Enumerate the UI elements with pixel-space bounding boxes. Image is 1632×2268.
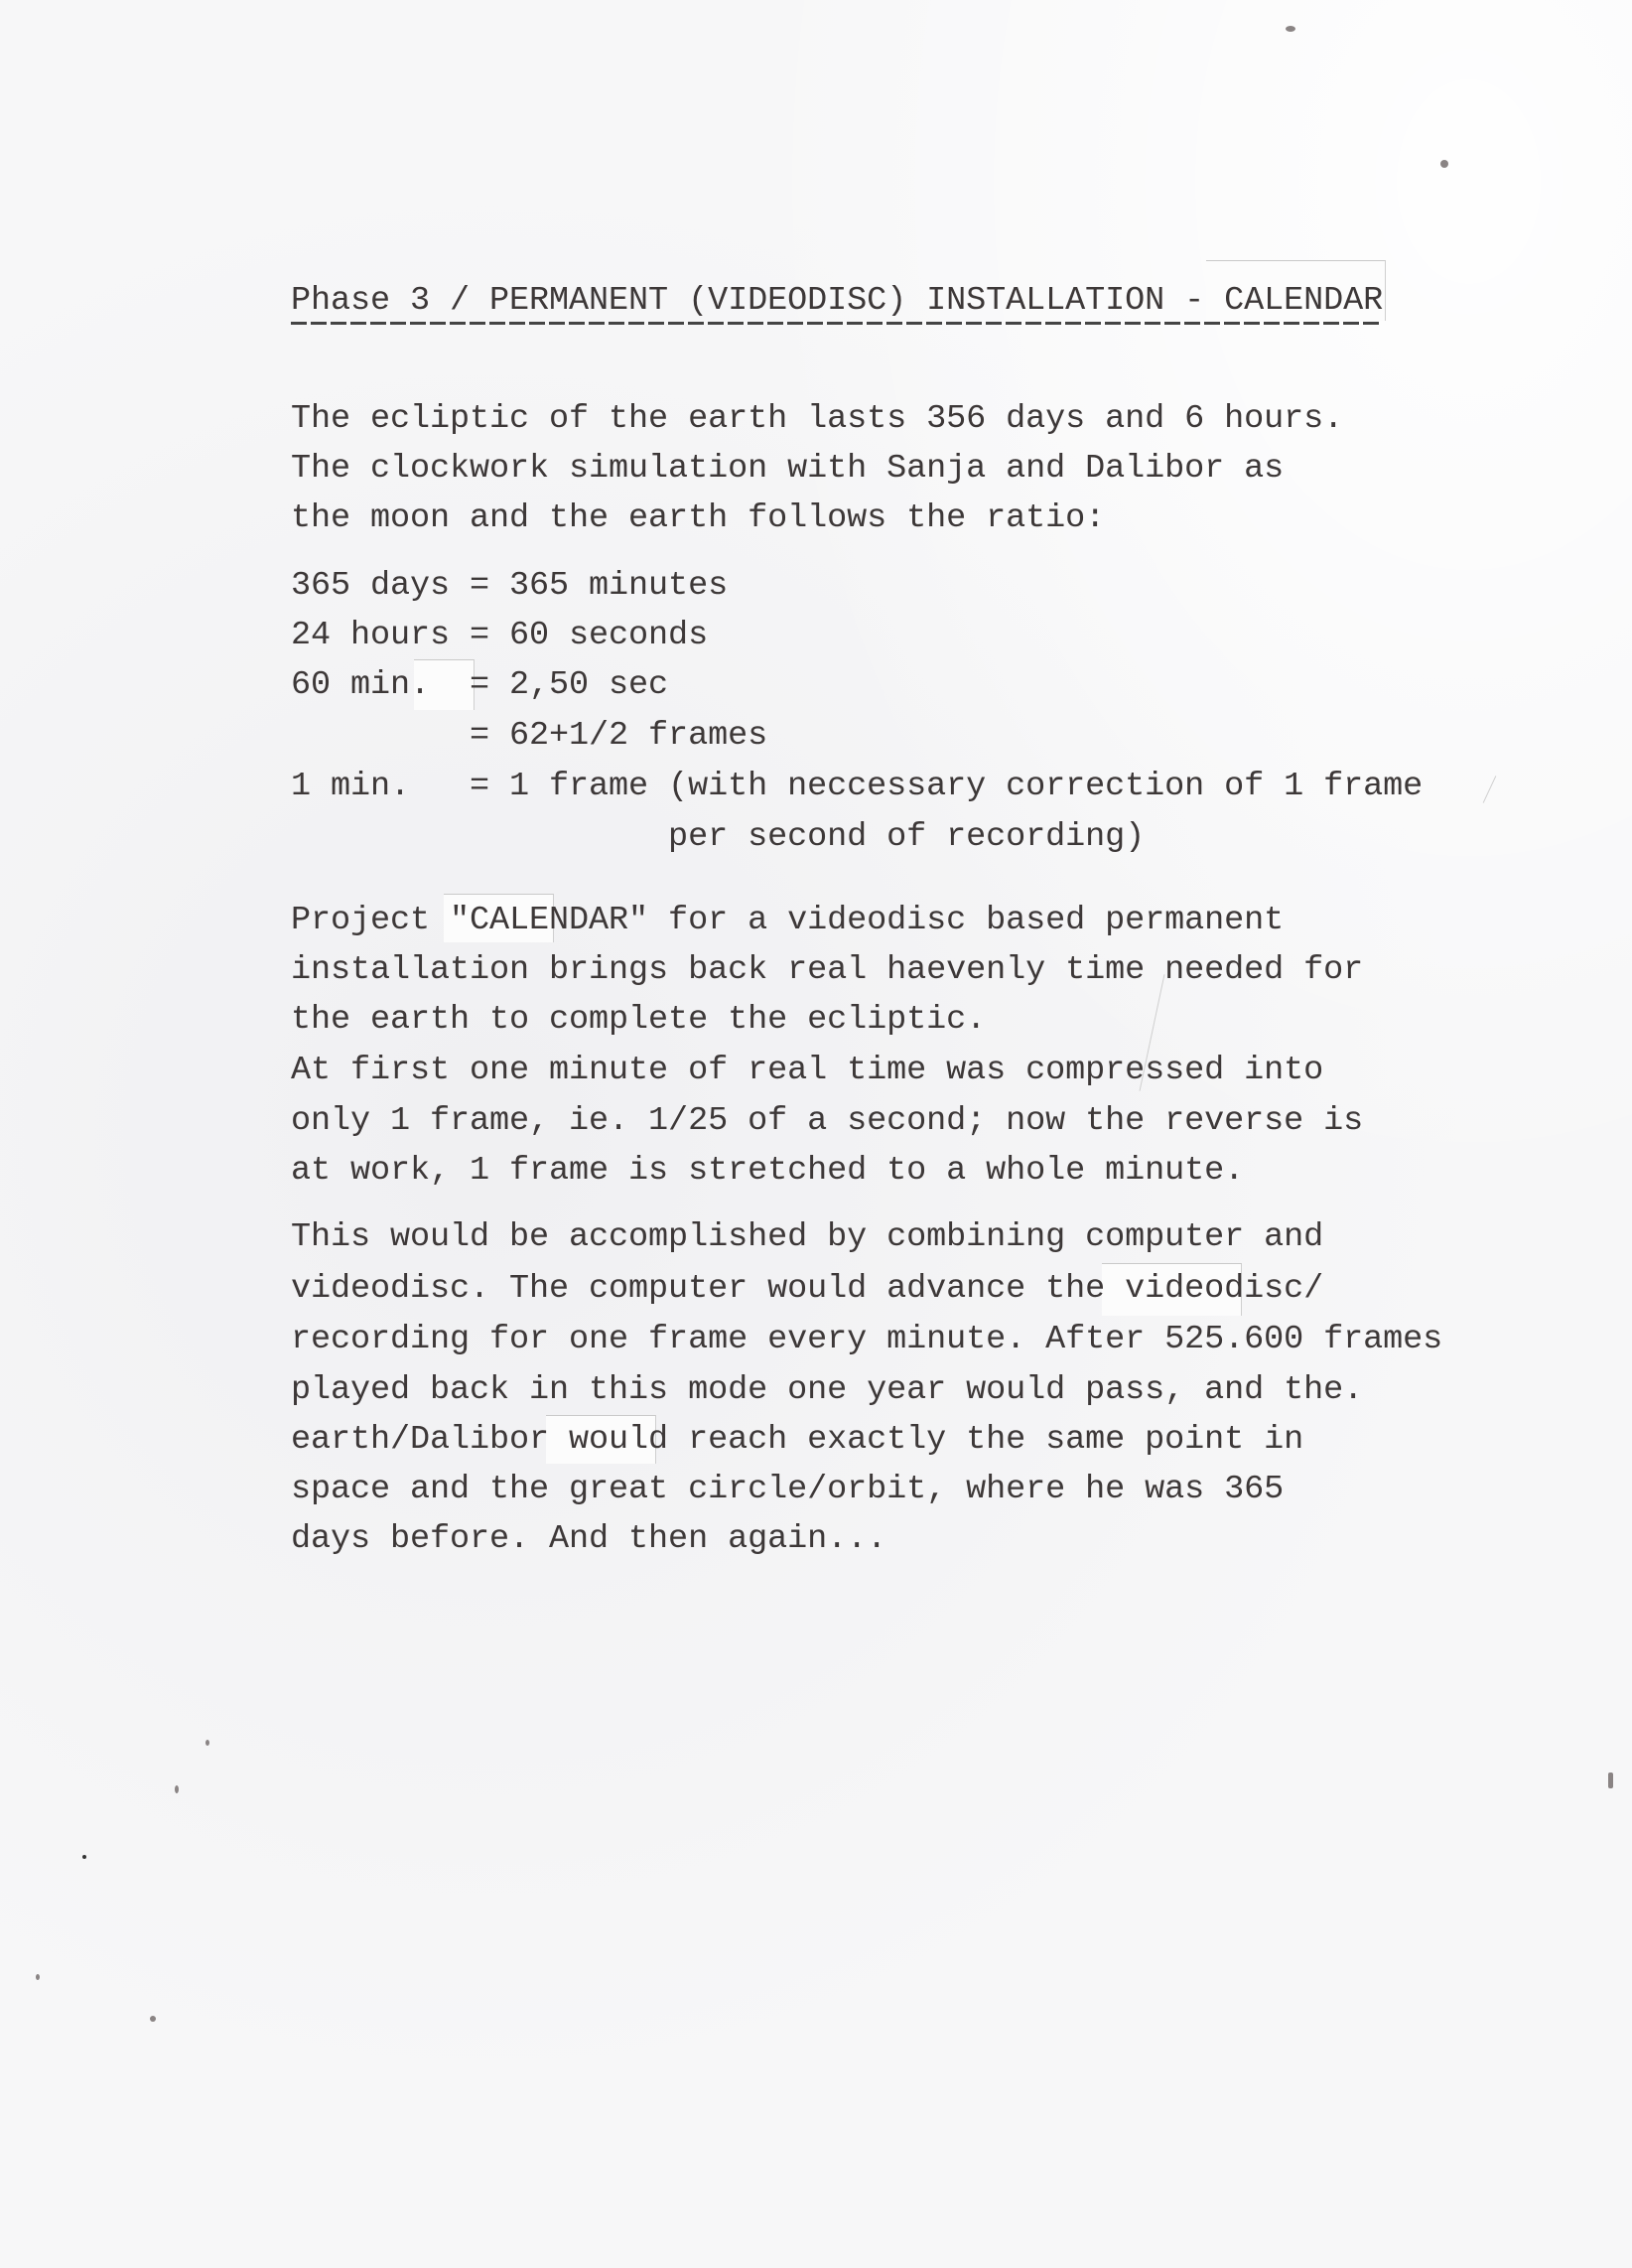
paragraph2-line: Project "CALENDAR" for a videodisc based… <box>291 901 1284 940</box>
paragraph2-line: At first one minute of real time was com… <box>291 1051 1323 1090</box>
paragraph1-line: the moon and the earth follows the ratio… <box>291 498 1105 538</box>
typewritten-page: Phase 3 / PERMANENT (VIDEODISC) INSTALLA… <box>0 0 1632 2268</box>
paper-speck <box>1608 1772 1613 1788</box>
ratio-line: 24 hours = 60 seconds <box>291 616 708 655</box>
paragraph1-line: The clockwork simulation with Sanja and … <box>291 449 1284 489</box>
paper-speck <box>1286 26 1295 32</box>
paragraph1-line: The ecliptic of the earth lasts 356 days… <box>291 399 1343 439</box>
paragraph2-line: at work, 1 frame is stretched to a whole… <box>291 1151 1244 1191</box>
ratio-line: per second of recording) <box>291 817 1145 857</box>
paragraph3-line: This would be accomplished by combining … <box>291 1217 1323 1257</box>
paragraph3-line: recording for one frame every minute. Af… <box>291 1320 1442 1359</box>
paragraph3-line: space and the great circle/orbit, where … <box>291 1470 1284 1509</box>
paper-speck <box>1440 160 1448 168</box>
paper-speck <box>150 2016 156 2022</box>
title-underline <box>291 322 1381 325</box>
paragraph3-line: earth/Dalibor would reach exactly the sa… <box>291 1420 1303 1460</box>
paper-crease <box>1483 776 1497 803</box>
paper-speck <box>82 1855 86 1859</box>
paper-speck <box>175 1785 179 1793</box>
paper-speck <box>205 1740 209 1746</box>
paragraph2-line: installation brings back real haevenly t… <box>291 950 1363 990</box>
ratio-line: 365 days = 365 minutes <box>291 566 728 606</box>
paper-speck <box>36 1974 40 1980</box>
paragraph3-line: days before. And then again... <box>291 1519 886 1559</box>
ratio-line: 60 min. = 2,50 sec <box>291 665 668 705</box>
ratio-line: 1 min. = 1 frame (with neccessary correc… <box>291 767 1423 806</box>
paragraph3-line: videodisc. The computer would advance th… <box>291 1269 1323 1309</box>
paragraph2-line: only 1 frame, ie. 1/25 of a second; now … <box>291 1101 1363 1141</box>
page-title: Phase 3 / PERMANENT (VIDEODISC) INSTALLA… <box>291 281 1383 321</box>
paragraph2-line: the earth to complete the ecliptic. <box>291 1000 986 1040</box>
ratio-line: = 62+1/2 frames <box>291 716 767 756</box>
paragraph3-line: played back in this mode one year would … <box>291 1370 1363 1410</box>
